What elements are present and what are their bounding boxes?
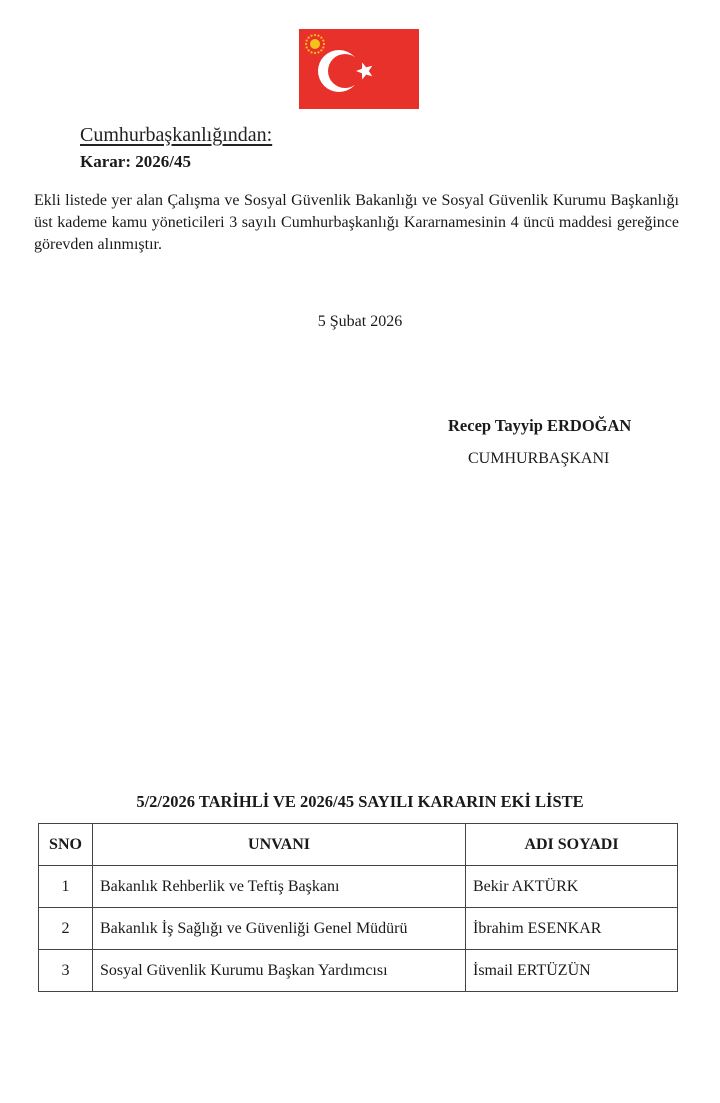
- decision-body-text: Ekli listede yer alan Çalışma ve Sosyal …: [34, 190, 679, 256]
- column-header-sno: SNO: [39, 824, 93, 866]
- table-row: 1 Bakanlık Rehberlik ve Teftiş Başkanı B…: [39, 866, 678, 908]
- row-name: İsmail ERTÜZÜN: [466, 950, 678, 992]
- row-sno: 1: [39, 866, 93, 908]
- annex-list-title: 5/2/2026 TARİHLİ VE 2026/45 SAYILI KARAR…: [0, 792, 720, 812]
- decision-date: 5 Şubat 2026: [0, 313, 720, 331]
- row-title: Sosyal Güvenlik Kurumu Başkan Yardımcısı: [93, 950, 466, 992]
- row-title: Bakanlık Rehberlik ve Teftiş Başkanı: [93, 866, 466, 908]
- signer-title: CUMHURBAŞKANI: [468, 450, 609, 468]
- row-name: Bekir AKTÜRK: [466, 866, 678, 908]
- row-name: İbrahim ESENKAR: [466, 908, 678, 950]
- row-sno: 2: [39, 908, 93, 950]
- presidential-flag-icon: [299, 29, 419, 109]
- row-title: Bakanlık İş Sağlığı ve Güvenliği Genel M…: [93, 908, 466, 950]
- turkish-flag-emblem: [299, 29, 419, 109]
- signer-name: Recep Tayyip ERDOĞAN: [448, 416, 631, 436]
- table-row: 2 Bakanlık İş Sağlığı ve Güvenliği Genel…: [39, 908, 678, 950]
- row-sno: 3: [39, 950, 93, 992]
- column-header-title: UNVANI: [93, 824, 466, 866]
- table-header-row: SNO UNVANI ADI SOYADI: [39, 824, 678, 866]
- issuer-heading: Cumhurbaşkanlığından:: [80, 124, 272, 147]
- decision-number: Karar: 2026/45: [80, 152, 191, 172]
- annex-table: SNO UNVANI ADI SOYADI 1 Bakanlık Rehberl…: [38, 823, 678, 992]
- table-row: 3 Sosyal Güvenlik Kurumu Başkan Yardımcı…: [39, 950, 678, 992]
- column-header-name: ADI SOYADI: [466, 824, 678, 866]
